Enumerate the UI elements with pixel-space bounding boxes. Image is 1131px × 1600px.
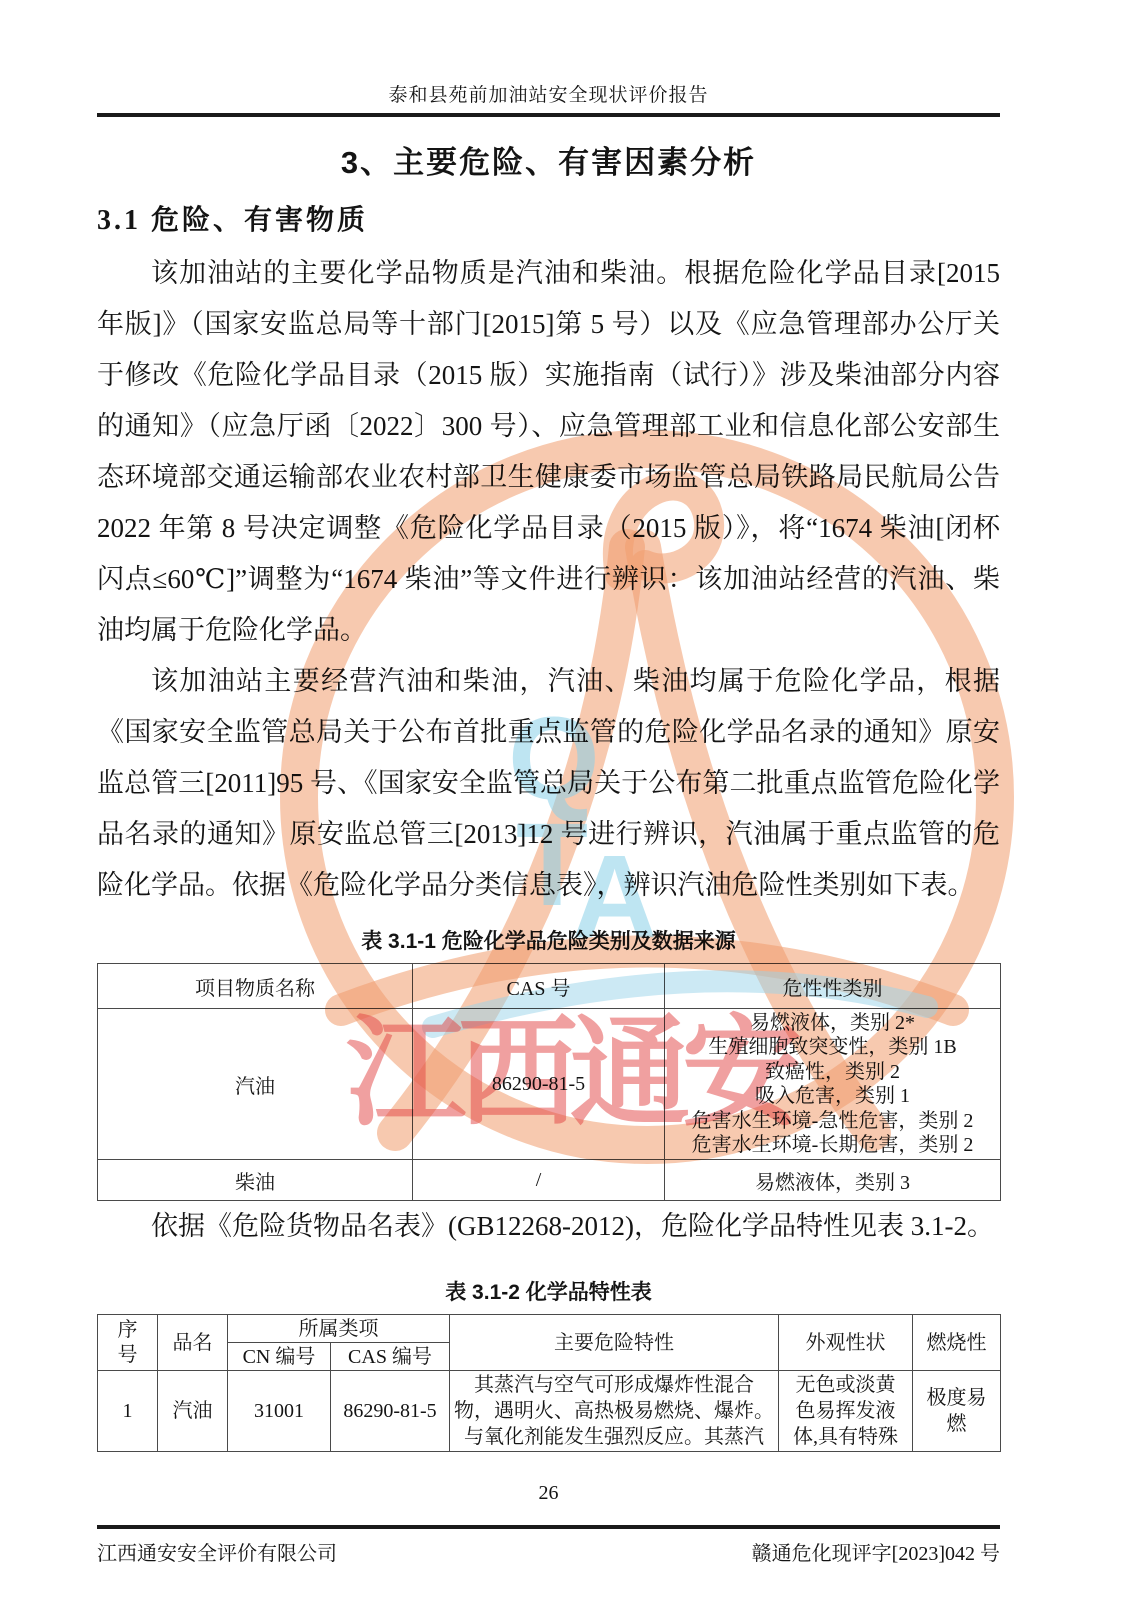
table-header-row: 项目物质名称 CAS 号 危性性类别 [98,964,1001,1009]
hazard-line: 危害水生环境-长期危害，类别 2 [667,1133,998,1158]
t1-header-class: 危性性类别 [665,964,1001,1009]
footer-divider [97,1525,1000,1529]
table2-caption: 表 3.1-2 化学品特性表 [97,1276,1000,1306]
appearance-line: 体,具有特殊 [781,1424,910,1450]
appearance-line: 无色或淡黄 [781,1372,910,1398]
t2-header-seq: 序号 [98,1315,158,1371]
hazard-class-list: 易燃液体，类别 2* 生殖细胞致突变性，类别 1B 致癌性，类别 2 吸入危害，… [665,1009,1001,1160]
note-paragraph: 依据《危险货物品名表》(GB12268-2012)，危险化学品特性见表 3.1-… [97,1201,1000,1252]
page-content: 泰和县苑前加油站安全现状评价报告 3、主要危险、有害因素分析 3.1 危险、有害… [97,0,1000,1566]
t2-header-hazard: 主要危险特性 [450,1315,779,1371]
hazard-line: 致癌性，类别 2 [667,1060,998,1085]
hazard-line: 吸入危害，类别 1 [667,1084,998,1109]
document-page: 泰和县苑前加油站安全现状评价报告 3、主要危险、有害因素分析 3.1 危险、有害… [0,0,1131,1600]
report-title: 泰和县苑前加油站安全现状评价报告 [388,85,708,106]
cn-code-cell: 31001 [228,1371,331,1452]
section-heading: 3.1 危险、有害物质 [97,198,1000,238]
footer-company: 江西通安安全评价有限公司 [97,1537,337,1566]
t1-header-substance: 项目物质名称 [98,964,413,1009]
t2-header-cn: CN 编号 [228,1343,331,1371]
appearance-cell: 无色或淡黄 色易挥发液 体,具有特殊 [779,1371,913,1452]
table-row-gasoline-properties: 1 汽油 31001 86290-81-5 其蒸汽与空气可形成爆炸性混合 物，遇… [98,1371,1001,1452]
name-cell: 汽油 [158,1371,228,1452]
table1-caption: 表 3.1-1 危险化学品危险类别及数据来源 [97,925,1000,955]
hazard-description-cell: 其蒸汽与空气可形成爆炸性混合 物，遇明火、高热极易燃烧、爆炸。 与氧化剂能发生强… [450,1371,779,1452]
table-header-row-1: 序号 品名 所属类项 主要危险特性 外观性状 燃烧性 [98,1315,1001,1343]
hazard-class-list: 易燃液体，类别 3 [665,1160,1001,1201]
seq-cell: 1 [98,1371,158,1452]
hazard-desc-line: 其蒸汽与空气可形成爆炸性混合 [452,1372,776,1398]
t2-header-name: 品名 [158,1315,228,1371]
substance-name: 柴油 [98,1160,413,1201]
t2-header-seq-label: 序号 [117,1318,139,1368]
cas-number: 86290-81-5 [413,1009,665,1160]
footer-doc-number: 赣通危化现评字[2023]042 号 [752,1537,1000,1566]
paragraph-2: 该加油站主要经营汽油和柴油，汽油、柴油均属于危险化学品，根据《国家安全监管总局关… [97,656,1000,911]
hazard-category-table: 项目物质名称 CAS 号 危性性类别 汽油 86290-81-5 易燃液体，类别… [97,963,1001,1201]
hazard-desc-line: 物，遇明火、高热极易燃烧、爆炸。 [452,1398,776,1424]
hazard-line: 危害水生环境-急性危害，类别 2 [667,1109,998,1134]
paragraph-1: 该加油站的主要化学品物质是汽油和柴油。根据危险化学品目录[2015 年版]》（国… [97,248,1000,656]
t2-header-group: 所属类项 [228,1315,450,1343]
page-header: 泰和县苑前加油站安全现状评价报告 [97,80,1000,117]
hazard-line: 生殖细胞致突变性，类别 1B [667,1035,998,1060]
hazard-desc-line: 与氧化剂能发生强烈反应。其蒸汽 [452,1424,776,1450]
cas-code-cell: 86290-81-5 [331,1371,450,1452]
chemical-property-table: 序号 品名 所属类项 主要危险特性 外观性状 燃烧性 CN 编号 CAS 编号 … [97,1314,1001,1452]
flammability-cell: 极度易 燃 [913,1371,1001,1452]
substance-name: 汽油 [98,1009,413,1160]
t2-header-appearance: 外观性状 [779,1315,913,1371]
t2-header-burn: 燃烧性 [913,1315,1001,1371]
table-row-diesel: 柴油 / 易燃液体，类别 3 [98,1160,1001,1201]
cas-number: / [413,1160,665,1201]
flammability-line: 极度易 [915,1385,998,1411]
table-row-gasoline: 汽油 86290-81-5 易燃液体，类别 2* 生殖细胞致突变性，类别 1B … [98,1009,1001,1160]
t1-header-cas: CAS 号 [413,964,665,1009]
page-footer: 江西通安安全评价有限公司 赣通危化现评字[2023]042 号 [97,1537,1000,1566]
flammability-line: 燃 [915,1411,998,1437]
t2-header-cas: CAS 编号 [331,1343,450,1371]
appearance-line: 色易挥发液 [781,1398,910,1424]
hazard-line: 易燃液体，类别 2* [667,1011,998,1036]
chapter-title: 3、主要危险、有害因素分析 [97,137,1000,182]
page-number: 26 [97,1482,1000,1505]
